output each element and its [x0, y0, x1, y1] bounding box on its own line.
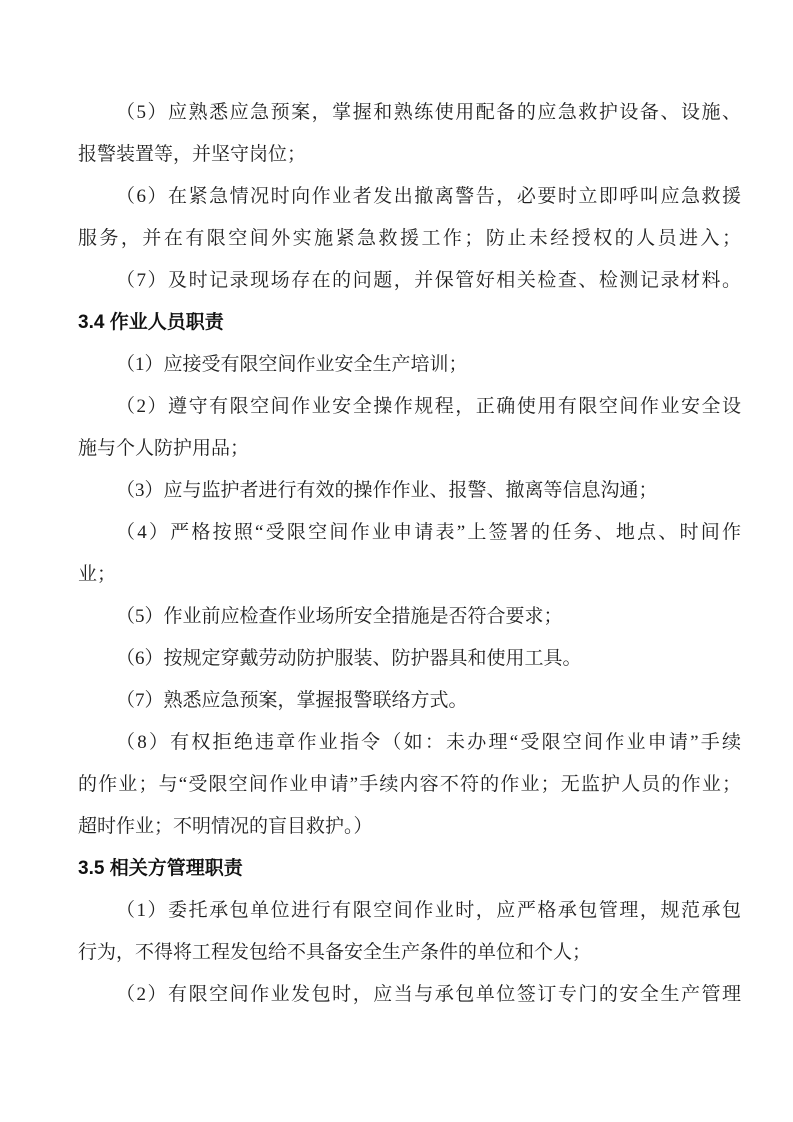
paragraph-line: （1）应接受有限空间作业安全生产培训；	[78, 344, 741, 386]
paragraph-line: 施与个人防护用品；	[78, 428, 741, 470]
paragraph-line: （2）有限空间作业发包时，应当与承包单位签订专门的安全生产管理	[78, 974, 741, 1016]
heading-3-4: 3.4 作业人员职责	[78, 302, 741, 344]
heading-3-5: 3.5 相关方管理职责	[78, 848, 741, 890]
paragraph-line: 业；	[78, 554, 741, 596]
paragraph-line: （3）应与监护者进行有效的操作作业、报警、撤离等信息沟通；	[78, 470, 741, 512]
paragraph-line: （8）有权拒绝违章作业指令（如：未办理“受限空间作业申请”手续	[78, 722, 741, 764]
paragraph-line: （5）作业前应检查作业场所安全措施是否符合要求；	[78, 596, 741, 638]
paragraph-line: （7）熟悉应急预案，掌握报警联络方式。	[78, 680, 741, 722]
document-body: （5）应熟悉应急预案，掌握和熟练使用配备的应急救护设备、设施、 报警装置等，并坚…	[78, 92, 741, 1016]
paragraph-line: （7）及时记录现场存在的问题，并保管好相关检查、检测记录材料。	[78, 260, 741, 302]
paragraph-line: （4）严格按照“受限空间作业申请表”上签署的任务、地点、时间作	[78, 512, 741, 554]
paragraph-line: （6）按规定穿戴劳动防护服装、防护器具和使用工具。	[78, 638, 741, 680]
paragraph-line: （1）委托承包单位进行有限空间作业时，应严格承包管理，规范承包	[78, 890, 741, 932]
paragraph-line: 超时作业；不明情况的盲目救护。）	[78, 806, 741, 848]
paragraph-line: 报警装置等，并坚守岗位；	[78, 134, 741, 176]
paragraph-line: 的作业；与“受限空间作业申请”手续内容不符的作业；无监护人员的作业；	[78, 764, 741, 806]
paragraph-line: （6）在紧急情况时向作业者发出撤离警告，必要时立即呼叫应急救援	[78, 176, 741, 218]
paragraph-line: （5）应熟悉应急预案，掌握和熟练使用配备的应急救护设备、设施、	[78, 92, 741, 134]
document-page: （5）应熟悉应急预案，掌握和熟练使用配备的应急救护设备、设施、 报警装置等，并坚…	[0, 0, 793, 1122]
paragraph-line: 服务，并在有限空间外实施紧急救援工作；防止未经授权的人员进入；	[78, 218, 741, 260]
paragraph-line: 行为，不得将工程发包给不具备安全生产条件的单位和个人；	[78, 932, 741, 974]
paragraph-line: （2）遵守有限空间作业安全操作规程，正确使用有限空间作业安全设	[78, 386, 741, 428]
